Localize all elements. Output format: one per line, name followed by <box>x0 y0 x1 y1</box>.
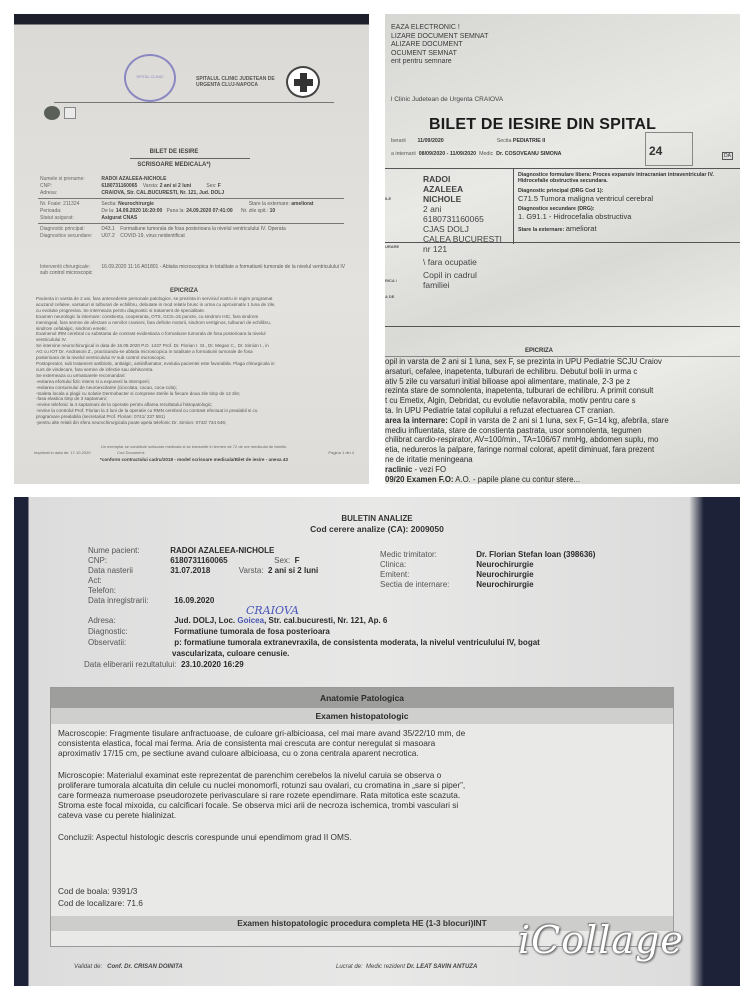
exam-line: mediu influentata, stare de constienta p… <box>385 426 740 436</box>
field-ward: Sectia de internare: Neurochirurgie <box>380 580 534 589</box>
value: Formatiune tumorala de fosa posterioara <box>174 627 330 636</box>
certification-seal-icon <box>44 106 60 120</box>
conclusion-text: Concluzii: Aspectul histologic descris c… <box>58 832 658 842</box>
procedure-blocks: (1-3 blocuri)INT <box>426 918 487 928</box>
value: 31.07.2018 <box>170 566 210 575</box>
epicrisis-title: EPICRIZA <box>24 288 344 294</box>
label: area la internare: <box>385 416 448 425</box>
value: Neurochirurgie <box>476 570 533 579</box>
label: Sectia: <box>101 201 116 207</box>
patient-first-name: AZALEEA <box>423 184 513 194</box>
patient-condition-2: familiei <box>423 280 513 290</box>
field-section: Nr. Foaie: 211324 Sectia: Neurochirurgie… <box>40 201 313 207</box>
label: Sectia <box>497 138 512 144</box>
header-line: LIZARE DOCUMENT SEMNAT <box>391 33 488 42</box>
field-birth: Data nasterii 31.07.2018 Varsta: 2 ani s… <box>88 566 318 575</box>
label: Data eliberarii rezultatului: <box>84 660 177 669</box>
label: Diagnostice secundare: <box>40 233 100 239</box>
worked-by: Lucrat de: Medic rezident Dr. LEAT SAVIN… <box>336 964 477 970</box>
divider <box>385 242 740 243</box>
field-diagnosis: Diagnostic: Formatiune tumorala de fosa … <box>88 627 330 636</box>
value: Asigurat CNAS <box>101 215 137 221</box>
label: a internarii <box>391 151 416 157</box>
pathology-report-box: Anatomie Patologica Examen histopatologi… <box>50 687 674 947</box>
field-period: Perioada: De la: 14.09.2020 16:20:00 Pan… <box>40 208 275 214</box>
label: CNP: <box>88 556 168 565</box>
red-cross-logo-icon <box>286 66 320 98</box>
patient-condition: Copil in cadrul <box>423 270 513 280</box>
macroscopy-line: aproximativ 17/15 cm, pe sectiune avand … <box>58 748 658 758</box>
value: RADOI AZALEEA-NICHOLE <box>101 176 166 182</box>
value: RADOI AZALEEA-NICHOLE <box>170 546 274 555</box>
diagnosis-block: Diagnostice formulare libera: Proces exp… <box>518 172 738 233</box>
value: 6180731160065 <box>101 183 137 189</box>
epicrisis-line: ativ 5 zile cu varsaturi initial bilioas… <box>385 377 740 387</box>
field-name: Numele si prenume: RADOI AZALEEA-NICHOLE <box>40 176 166 182</box>
value: F <box>218 183 221 189</box>
value: 16.09.2020 <box>174 596 214 605</box>
label: Stare la externare: <box>249 201 290 207</box>
patient-insurer: CJAS DOLJ <box>423 224 513 234</box>
label: Nr. zile spit.: <box>241 208 268 214</box>
field-phone: Telefon: <box>88 586 116 595</box>
label-occupation: RICA \ <box>385 278 397 283</box>
exam-line: chilibrat cardio-respirator, AV=100/min.… <box>385 435 740 445</box>
microscopy-line: Stroma este focal mixoida, cu calcificar… <box>58 800 658 810</box>
struck-value: Goicea <box>237 616 264 625</box>
request-code: Cod cerere analize (CA): 2009050 <box>14 524 740 534</box>
label: Perioada: <box>40 208 100 214</box>
label-insurance: URARE <box>385 244 399 249</box>
print-date: Imprimat in data de: 17.10.2020 <box>34 450 90 455</box>
macroscopy-text: Macroscopie: Fragmente tisulare anfractu… <box>58 728 658 758</box>
value: 2 ani si 2 luni <box>160 183 191 189</box>
field-address: Adresa: Jud. DOLJ, Loc. Goicea, Str. cal… <box>88 616 387 625</box>
microscopy-line: care formeaza numeroase pseudorozete per… <box>58 790 658 800</box>
patient-first-name-2: NICHOLE <box>423 194 513 204</box>
header-line: EAZA ELECTRONIC ! <box>391 24 488 33</box>
header-divider <box>54 102 334 103</box>
epicrisis-title: EPICRIZA <box>525 348 553 354</box>
patient-cnp: 6180731160065 <box>423 214 513 224</box>
hospital-stamp: SPITAL CLINIC <box>124 54 176 102</box>
field-clinic: Clinica: Neurochirurgie <box>380 560 534 569</box>
macroscopy-line: Macroscopie: Fragmente tisulare anfractu… <box>58 728 658 738</box>
hospital-name: SPITALUL CLINIC JUDETEAN DE URGENTA CLUJ… <box>196 76 286 88</box>
photo-right-discharge-ticket: EAZA ELECTRONIC !LIZARE DOCUMENT SEMNATA… <box>385 14 740 484</box>
value: CRAIOVA, Str. CAL.BUCURESTI, Nr. 121, Ju… <box>101 190 224 196</box>
value: 10 <box>270 208 276 214</box>
section-header: Anatomie Patologica <box>51 688 673 708</box>
photo-bottom-lab-report: BULETIN ANALIZE Cod cerere analize (CA):… <box>14 497 740 986</box>
label: Diagnostic: <box>88 627 172 636</box>
certification-badge-icon <box>64 107 76 119</box>
label: Pana la: <box>166 208 184 214</box>
label: Lucrat de: <box>336 964 363 970</box>
location-code: Cod de localizare: 71.6 <box>58 898 143 908</box>
exam-line: Copil in varsta de 2 ani si 1 luna, sex … <box>450 416 669 425</box>
value: 23.10.2020 16:29 <box>181 660 244 669</box>
procedure-name: Examen histopatologic procedura completa… <box>237 918 426 928</box>
value: Jud. DOLJ, Loc. <box>174 616 235 625</box>
stay-dates: 08/09/2020 - 11/09/2020 <box>419 151 476 157</box>
exam-line: ne de iritatie meningeana <box>385 455 740 465</box>
exam-line: etia, nedureros la palpare, faringe norm… <box>385 445 740 455</box>
header-line: OCUMENT SEMNAT <box>391 50 488 59</box>
label: Sex: <box>274 556 290 565</box>
field-insurance: Statut asigurat: Asigurat CNAS <box>40 215 137 221</box>
label: Cod de boala: <box>58 886 110 896</box>
patient-address-nr: nr 121 <box>423 244 513 254</box>
field-observations-cont: vascularizata, culoare cenusie. <box>172 649 289 658</box>
label: berarii <box>391 138 406 144</box>
value: ameliorat <box>291 201 313 207</box>
record-number: 24 <box>649 144 662 158</box>
divider <box>38 198 344 199</box>
value: Dr. LEAT SAVIN ANTUZA <box>407 964 478 970</box>
doctor: Dr. COSOVEANU SIMONA <box>496 151 561 157</box>
header-line: ALIZARE DOCUMENT <box>391 41 488 50</box>
patient-age: 2 ani <box>423 204 513 214</box>
disease-code: Cod de boala: 9391/3 <box>58 886 137 896</box>
value: Dr. Florian Stefan Ioan (398636) <box>476 550 595 559</box>
divider <box>38 223 344 224</box>
value: , Str. cal.bucuresti, Nr. 121, Ap. 6 <box>264 616 387 625</box>
value: 71.6 <box>127 898 143 908</box>
field-cnp: CNP: 6180731160065 Varsta: 2 ani si 2 lu… <box>40 183 221 189</box>
value: F <box>295 556 300 565</box>
label: raclinic <box>385 465 412 474</box>
label: Act: <box>88 576 102 585</box>
microscopy-text: Microscopie: Materialul examinat este re… <box>58 770 658 820</box>
divider <box>385 168 740 169</box>
value: U07.2 <box>101 233 114 239</box>
page-number: Pagina 1 din 4 <box>328 450 354 455</box>
macroscopy-line: consistenta elastica, focal mai ferma. A… <box>58 738 658 748</box>
value: 6180731160065 <box>170 556 227 565</box>
epicrisis-lines: opil in varsta de 2 ani si 1 luna, sex F… <box>385 357 740 416</box>
field-surgery: Interventii chirurgicale: 16.09.2020 11:… <box>40 264 350 276</box>
footer-note: Un exemplar se constituie scrisoare medi… <box>34 444 354 449</box>
value: 14.09.2020 16:20:00 <box>116 208 162 214</box>
label: Stare la externare: <box>518 227 564 233</box>
value: Neurochirurgie <box>476 560 533 569</box>
discharge-letter-cluj: SPITAL CLINIC SPITALUL CLINIC JUDETEAN D… <box>24 24 364 484</box>
field-observations: Observatii: p: formatiune tumorala extra… <box>88 638 540 647</box>
label: Varsta: <box>239 566 264 575</box>
epicrisis-line: arsaturi, cefalee, inapetenta, tulburari… <box>385 367 740 377</box>
label: Emitent: <box>380 570 474 579</box>
label-condition: A DE <box>385 294 394 299</box>
hospital-name: l Clinic Judetean de Urgenta CRAIOVA <box>391 96 503 103</box>
label: Diagnostic principal: <box>40 226 100 232</box>
value: D43.1 <box>101 226 114 232</box>
value: 2 ani si 2 luni <box>268 566 318 575</box>
discharge-state: ameliorat <box>566 224 597 233</box>
label: 09/20 Examen F.O: <box>385 475 453 484</box>
value: Formatiune tumorala de fosa posterioara … <box>120 226 285 232</box>
role: Medic rezident <box>366 964 405 970</box>
patient-info: RADOI AZALEEA NICHOLE 2 ani 618073116006… <box>423 174 513 290</box>
microscopy-line: Microscopie: Materialul examinat este re… <box>58 770 658 780</box>
epicrisis-body: Pacienta in varsta de 2 ani, fara antece… <box>36 296 346 426</box>
label: Medic trimitator: <box>380 550 474 559</box>
field-diag-main: Diagnostic principal: D43.1 Formatiune t… <box>40 226 286 232</box>
icollage-watermark: iCollage <box>518 918 684 962</box>
field-act: Act: <box>88 576 102 585</box>
label: Adresa: <box>88 616 172 625</box>
microscopy-line: proliferare tumorala alcatuita din celul… <box>58 780 658 790</box>
electronic-signature-header: EAZA ELECTRONIC !LIZARE DOCUMENT SEMNATA… <box>391 24 488 67</box>
microscopy-line: cateva vase cu perete hialinizat. <box>58 810 658 820</box>
epicrisis-line: ta. In UPU Pediatrie tatal copilului a r… <box>385 406 740 416</box>
fo-exam: A.O. - papile plane cu contur stere... <box>453 475 580 484</box>
contract-note: *conform contractului cadru/2018 - model… <box>34 457 354 462</box>
field-cnp: CNP: 6180731160065 Sex: F <box>88 556 299 565</box>
label: Validat de: <box>74 964 102 970</box>
label: De la: <box>101 208 114 214</box>
field-registration-date: Data inregistrarii: 16.09.2020 <box>88 596 214 605</box>
label: Cod cerere analize (CA): <box>310 524 408 534</box>
label: Adresa: <box>40 190 100 196</box>
label: Observatii: <box>88 638 172 647</box>
label: Varsta: <box>143 183 158 189</box>
epicrisis-body: opil in varsta de 2 ani si 1 luna, sex F… <box>385 357 740 484</box>
label: Sex: <box>206 183 216 189</box>
value: 16.09.2020 11:16 <box>101 264 140 270</box>
divider <box>385 326 740 327</box>
field-referring-doctor: Medic trimitator: Dr. Florian Stefan Ioa… <box>380 550 595 559</box>
header-line: ent pentru semnare <box>391 58 488 67</box>
epicrisis-line: rezinta stare de somnolenta, inapetenta,… <box>385 386 740 396</box>
field-issuer: Emitent: Neurochirurgie <box>380 570 534 579</box>
value: Conf. Dr. CRISAN DOINITA <box>107 964 183 970</box>
label: Data nasterii <box>88 566 168 575</box>
label: Statut asigurat: <box>40 215 100 221</box>
label-name: ILE <box>385 196 391 201</box>
label: Nume pacient: <box>88 546 168 555</box>
value: vascularizata, culoare cenusie. <box>172 649 289 658</box>
field-release-date: Data eliberarii rezultatului: 23.10.2020… <box>84 660 244 669</box>
label: CNP: <box>40 183 100 189</box>
paraclinic: - vezi FO <box>412 465 446 474</box>
label: Data inregistrarii: <box>88 596 172 605</box>
section: PEDIATRIE II <box>513 138 545 144</box>
da-checkbox: DA <box>722 152 733 160</box>
meta-release: berarii 11/09/2020 Sectia PEDIATRIE II <box>391 138 545 144</box>
epicrisis-line: opil in varsta de 2 ani si 1 luna, sex F… <box>385 357 740 367</box>
label: Numele si prenume: <box>40 176 100 182</box>
label: Clinica: <box>380 560 474 569</box>
doc-subtitle: SCRISOARE MEDICALA*) <box>24 162 324 168</box>
exam-header: Examen histopatologic <box>51 708 673 724</box>
secondary-diagnosis: 1. G91.1 - Hidrocefalia obstructiva <box>518 212 738 221</box>
label: Cod de localizare: <box>58 898 124 908</box>
title-divider <box>130 158 250 159</box>
doc-title: BULETIN ANALIZE <box>14 514 740 523</box>
footer-meta: Imprimat in data de: 17.10.2020 Cod Docu… <box>34 450 354 455</box>
value: p: formatiune tumorala extranevraxila, d… <box>174 638 540 647</box>
label: Diagnostice formulare libera: <box>518 172 591 178</box>
photo-left-discharge-letter: SPITAL CLINIC SPITALUL CLINIC JUDETEAN D… <box>14 14 369 484</box>
patient-occupation: \ fara ocupatie <box>423 257 513 267</box>
field-address: Adresa: CRAIOVA, Str. CAL.BUCURESTI, Nr.… <box>40 190 224 196</box>
field-diag-secondary: Diagnostice secundare: U07.2 COVID-19, v… <box>40 233 185 239</box>
value: 24.09.2020 07:41:00 <box>186 208 232 214</box>
doc-code: Cod Document: <box>117 450 145 455</box>
doc-title: BILET DE IESIRE <box>24 149 324 155</box>
release-date: 11/09/2020 <box>418 138 444 144</box>
meta-stay: a internarii 08/09/2020 - 11/09/2020 Med… <box>391 151 562 157</box>
epicrisis-line: -pentru alte relatii din sfera neurochir… <box>36 420 346 426</box>
label: Telefon: <box>88 586 116 595</box>
value: 9391/3 <box>112 886 137 896</box>
main-diagnosis: C71.5 Tumora maligna ventricul cerebral <box>518 194 738 203</box>
label: Sectia de internare: <box>380 580 474 589</box>
label: Medic <box>479 151 493 157</box>
label: Nr. Foaie: 211324 <box>40 201 100 207</box>
doc-title: BILET DE IESIRE DIN SPITAL <box>429 116 656 134</box>
value: Neurochirurgie <box>476 580 533 589</box>
epicrisis-line: t cu Emetix, Algin, Debridat, cu evoluti… <box>385 396 740 406</box>
field-patient-name: Nume pacient: RADOI AZALEEA-NICHOLE <box>88 546 274 555</box>
patient-surname: RADOI <box>423 174 513 184</box>
column-divider <box>513 169 514 244</box>
value: COVID-19, virus neidentificat <box>120 233 184 239</box>
value: Neurochirurgie <box>118 201 154 207</box>
value: 2009050 <box>411 524 444 534</box>
validated-by: Validat de: Conf. Dr. CRISAN DOINITA <box>74 964 183 970</box>
